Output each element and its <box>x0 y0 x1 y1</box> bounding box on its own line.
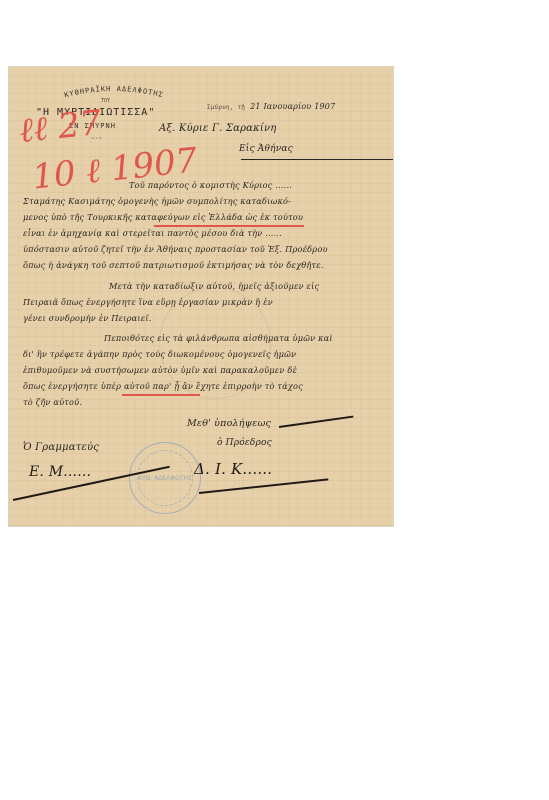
body-line: τὸ ζῆν αὐτοῦ. <box>23 397 389 407</box>
date-line: Σμύρνη, τῇ21 Ιανουαρίου 1907 <box>207 102 335 111</box>
body-line: ἐπιθυμοῦμεν νὰ συστήσωμεν αὐτὸν ὑμῖν καὶ… <box>23 365 389 375</box>
svg-text:ΚΥΘΗΡΑΪΚΗ ΑΔΕΛΦΟΤΗΣ: ΚΥΘΗΡΑΪΚΗ ΑΔΕΛΦΟΤΗΣ <box>64 84 165 99</box>
president-signature: Δ. Ι. Κ...... <box>194 460 272 478</box>
place-printed: Σμύρνη, τῇ <box>207 104 245 111</box>
salutation: Αξ. Κύριε Γ. Σαρακίνη <box>159 123 276 134</box>
date-handwritten: 21 Ιανουαρίου 1907 <box>250 102 335 111</box>
body-line: Μετὰ τὴν καταδίωξιν αὐτοῦ, ἡμεῖς ἀξιοῦμε… <box>109 281 389 291</box>
body-line: γένει συνδρομὴν ἐν Πειραιεῖ. <box>23 313 389 323</box>
secretary-title: Ὁ Γραμματεύς <box>23 442 99 453</box>
red-underline <box>154 225 304 227</box>
society-seal-stamp: ΚΥΘ. ΑΔΕΛΦΟΤΗΣ <box>129 442 201 514</box>
stamp-text: ΚΥΘ. ΑΔΕΛΦΟΤΗΣ <box>137 450 193 506</box>
body-line: Τοῦ παρόντος ὁ κομιστὴς Κύριος ...... <box>129 180 389 190</box>
body-line: Σταμάτης Κασιμάτης ὁμογενὴς ἡμῶν συμπολί… <box>23 196 389 206</box>
president-title: ὁ Πρόεδρος <box>217 438 272 448</box>
body-line: δι' ἣν τρέφετε ἀγάπην πρὸς τοὺς διωκομέν… <box>23 349 389 359</box>
destination: Εἰς Ἀθήνας <box>239 144 293 154</box>
president-signature-flourish <box>199 478 328 493</box>
body-line: ὅπως ἡ ἀνάγκη τοῦ σεπτοῦ πατριωτισμοῦ ἐκ… <box>23 260 389 270</box>
letterhead-organization-arc: ΚΥΘΗΡΑΪΚΗ ΑΔΕΛΦΟΤΗΣ <box>39 77 189 107</box>
secretary-signature: Ε. Μ...... <box>29 464 91 480</box>
letterhead-connector: ΤΟΥ <box>101 98 110 104</box>
body-line: Πεποιθότες εἰς τὰ φιλάνθρωπα αἰσθήματα ὑ… <box>104 333 389 343</box>
red-underline <box>122 394 200 396</box>
destination-underline <box>241 159 393 160</box>
closing-regards: Μεθ' ὑπολήψεως <box>187 418 271 429</box>
letter-page: ΚΥΘΗΡΑΪΚΗ ΑΔΕΛΦΟΤΗΣ ΤΟΥ "Η ΜΥΡΤΙΔΙΩΤΙΣΣΑ… <box>9 67 393 526</box>
regards-flourish <box>279 416 353 428</box>
body-line: μενος ὑπὸ τῆς Τουρκικῆς καταφεύγων εἰς Ἑ… <box>23 212 389 222</box>
body-line: ὅπως ἐνεργήσητε ὑπὲρ αὐτοῦ παρ' ᾗ ἂν ἔχη… <box>23 381 389 391</box>
body-line: ὑπόστασιν αὐτοῦ ζητεῖ τὴν ἐν Ἀθήναις προ… <box>23 244 389 254</box>
body-line: εἶναι ἐν ἀμηχανίᾳ καὶ στερεῖται παντὸς μ… <box>23 228 389 238</box>
body-line: Πειραιᾶ ὅπως ἐνεργήσητε ἵνα εὕρῃ ἐργασία… <box>23 297 389 307</box>
red-protocol-number: ℓℓ 27 <box>17 103 103 151</box>
